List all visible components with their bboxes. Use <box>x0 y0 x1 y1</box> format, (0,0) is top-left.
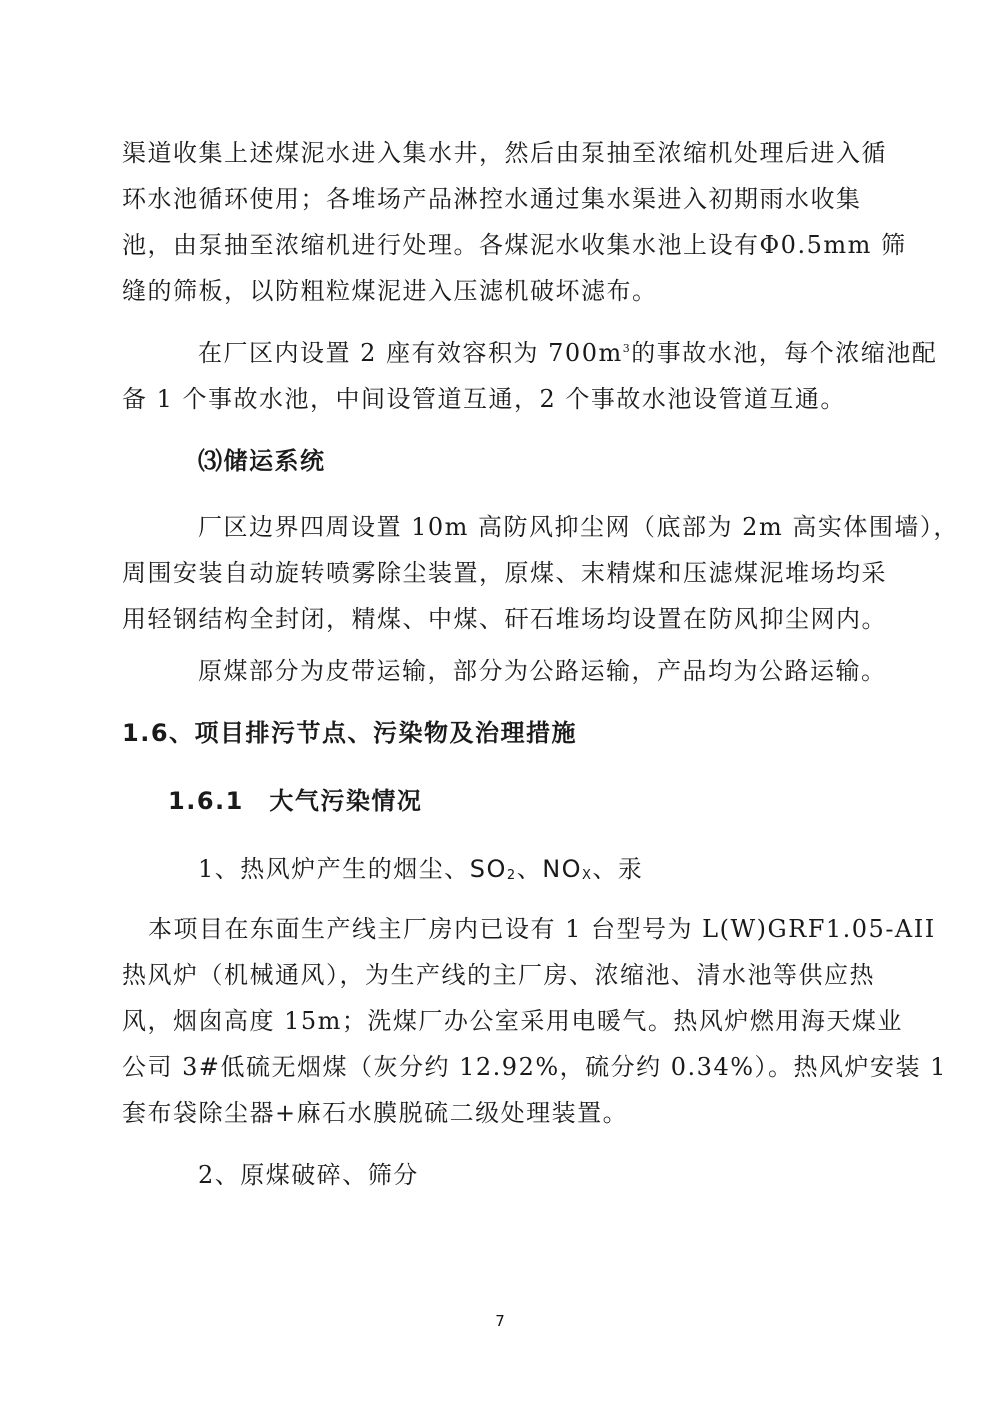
section-heading-1-6: 1.6、项目排污节点、污染物及治理措施 <box>122 718 577 748</box>
paragraph-line: 原煤部分为皮带运输，部分为公路运输，产品均为公路运输。 <box>198 656 887 686</box>
text-segment: 、汞 <box>592 855 643 883</box>
so2-label: SO <box>470 855 507 883</box>
text-segment: 的事故水池，每个浓缩池配 <box>631 339 937 367</box>
paragraph-line: 在厂区内设置 2 座有效容积为 700m3的事故水池，每个浓缩池配 <box>198 338 850 368</box>
paragraph-line: 用轻钢结构全封闭，精煤、中煤、矸石堆场均设置在防风抑尘网内。 <box>122 604 850 634</box>
page-number: 7 <box>0 1312 1000 1330</box>
paragraph-line: 厂区边界四周设置 10m 高防风抑尘网（底部为 2m 高实体围墙）， <box>198 512 850 542</box>
superscript: 3 <box>623 342 632 355</box>
text-segment: 1、热风炉产生的烟尘、 <box>198 855 470 883</box>
text-segment: 在厂区内设置 2 座有效容积为 700m <box>198 339 623 367</box>
paragraph-line: 公司 3#低硫无烟煤（灰分约 12.92%，硫分约 0.34%）。热风炉安装 1 <box>122 1052 850 1082</box>
paragraph-line: 渠道收集上述煤泥水进入集水井，然后由泵抽至浓缩机处理后进入循 <box>122 138 850 168</box>
paragraph-line: 池，由泵抽至浓缩机进行处理。各煤泥水收集水池上设有Φ0.5mm 筛 <box>122 230 850 260</box>
paragraph-line: 缝的筛板，以防粗粒煤泥进入压滤机破坏滤布。 <box>122 276 658 306</box>
paragraph-line: 备 1 个事故水池，中间设管道互通，2 个事故水池设管道互通。 <box>122 384 846 414</box>
text-segment: 、 <box>517 855 543 883</box>
paragraph-line: 周围安装自动旋转喷雾除尘装置，原煤、末精煤和压滤煤泥堆场均采 <box>122 558 850 588</box>
subscript: 2 <box>507 868 517 883</box>
list-item-2: 2、原煤破碎、筛分 <box>198 1160 419 1190</box>
paragraph-line: 风，烟囱高度 15m；洗煤厂办公室采用电暖气。热风炉燃用海天煤业 <box>122 1006 850 1036</box>
section-heading: ⑶储运系统 <box>198 446 326 476</box>
paragraph-line: 热风炉（机械通风），为生产线的主厂房、浓缩池、清水池等供应热 <box>122 960 850 990</box>
paragraph-line: 本项目在东面生产线主厂房内已设有 1 台型号为 L(W)GRF1.05-AII <box>148 914 850 944</box>
paragraph-line: 环水池循环使用；各堆场产品淋控水通过集水渠进入初期雨水收集 <box>122 184 850 214</box>
subscript: X <box>582 868 592 883</box>
section-heading-1-6-1: 1.6.1 大气污染情况 <box>168 786 422 816</box>
paragraph-line: 套布袋除尘器+麻石水膜脱硫二级处理装置。 <box>122 1098 628 1128</box>
document-page: 渠道收集上述煤泥水进入集水井，然后由泵抽至浓缩机处理后进入循 环水池循环使用；各… <box>0 0 1000 1414</box>
list-item-1: 1、热风炉产生的烟尘、SO2、NOX、汞 <box>198 854 643 884</box>
nox-label: NO <box>542 855 582 883</box>
